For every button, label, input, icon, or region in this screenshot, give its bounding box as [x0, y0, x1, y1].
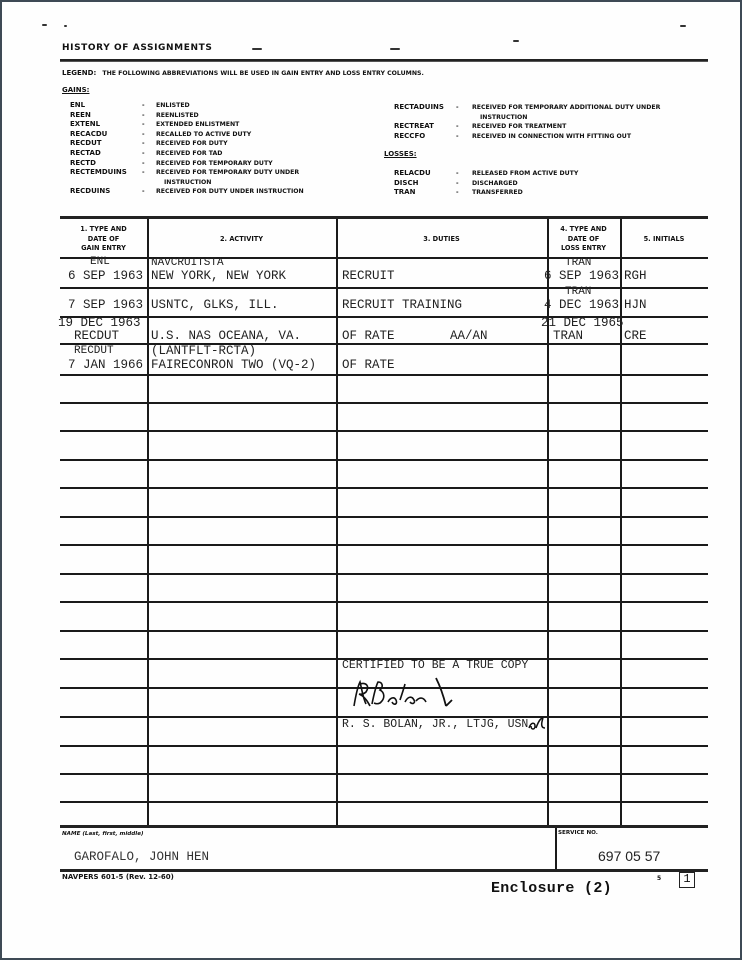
gain-type: RECDUT	[74, 330, 119, 342]
legend-item: RECTADUINS-RECEIVED FOR TEMPORARY ADDITI…	[394, 103, 694, 113]
legend-item: RECTEMDUINS-RECEIVED FOR TEMPORARY DUTY …	[70, 168, 370, 178]
row-divider	[60, 374, 708, 376]
activity: USNTC, GLKS, ILL.	[151, 299, 279, 311]
activity-command: (LANTFLT-RCTA)	[151, 345, 256, 357]
row-divider	[60, 773, 708, 775]
duties: RECRUIT TRAINING	[342, 299, 462, 311]
gain-date: 7 SEP 1963	[68, 299, 143, 311]
legend-item: TRAN-TRANSFERRED	[394, 188, 694, 198]
gain-date: 6 SEP 1963	[68, 270, 143, 282]
scan-speck	[390, 48, 400, 50]
header-activity: 2. ACTIVITY	[147, 235, 336, 245]
column-divider	[147, 219, 149, 825]
row-divider	[60, 745, 708, 747]
column-divider	[555, 828, 557, 870]
column-divider	[336, 219, 338, 825]
legend-item: RECDUT-RECEIVED FOR DUTY	[70, 139, 370, 149]
name-label: NAME (Last, first, middle)	[62, 831, 144, 837]
activity: FAIRECONRON TWO (VQ-2)	[151, 359, 316, 371]
legend-item-continuation: INSTRUCTION	[394, 113, 694, 123]
legend: LEGEND: THE FOLLOWING ABBREVIATIONS WILL…	[62, 69, 424, 77]
scan-speck	[680, 25, 686, 27]
losses-list: RELACDU-RELEASED FROM ACTIVE DUTY DISCH-…	[394, 169, 694, 198]
loss-type: TRAN	[553, 330, 583, 342]
legend-text: THE FOLLOWING ABBREVIATIONS WILL BE USED…	[102, 70, 423, 77]
header-initials: 5. INITIALS	[620, 235, 708, 245]
gain-date: 7 JAN 1966	[68, 359, 143, 371]
gains-list-left: ENL-ENLISTED REEN-REENLISTED EXTENL-EXTE…	[70, 101, 370, 197]
duties: OF RATE	[342, 330, 395, 342]
row-divider	[60, 487, 708, 489]
legend-item: REEN-REENLISTED	[70, 111, 370, 121]
loss-type: TRAN	[565, 286, 591, 298]
duties: OF RATE	[342, 359, 395, 371]
name-service-block: NAME (Last, first, middle) GAROFALO, JOH…	[60, 828, 708, 870]
initials: CRE	[624, 330, 647, 342]
gains-heading: GAINS:	[62, 86, 89, 94]
row-divider	[60, 516, 708, 518]
legend-item: RECCFO-RECEIVED IN CONNECTION WITH FITTI…	[394, 132, 694, 142]
activity: NAVCRUITSTA	[151, 257, 224, 269]
assignments-table: 1. TYPE ANDDATE OFGAIN ENTRY 2. ACTIVITY…	[60, 216, 708, 828]
legend-item: RECACDU-RECALLED TO ACTIVE DUTY	[70, 130, 370, 140]
page-number-box: 1	[679, 872, 695, 888]
row-divider	[60, 287, 708, 289]
service-number-value: 697 05 57	[598, 848, 660, 864]
duties: RECRUIT	[342, 270, 395, 282]
footer-rule	[60, 869, 708, 872]
header-gain-entry: 1. TYPE ANDDATE OFGAIN ENTRY	[60, 225, 147, 254]
legend-item: EXTENL-EXTENDED ENLISTMENT	[70, 120, 370, 130]
form-title: HISTORY OF ASSIGNMENTS	[62, 43, 212, 53]
loss-type: TRAN	[565, 257, 591, 269]
activity-location: NEW YORK, NEW YORK	[151, 270, 286, 282]
activity: U.S. NAS OCEANA, VA.	[151, 330, 301, 342]
form-number: NAVPERS 601-5 (Rev. 12-60)	[62, 873, 174, 881]
gain-date: 19 DEC 1963	[58, 317, 141, 329]
legend-item: DISCH-DISCHARGED	[394, 179, 694, 189]
initials: HJN	[624, 299, 647, 311]
legend-item: RECTREAT-RECEIVED FOR TREATMENT	[394, 122, 694, 132]
header-duties: 3. DUTIES	[336, 235, 547, 245]
loss-date: 4 DEC 1963	[544, 299, 619, 311]
row-divider	[60, 601, 708, 603]
scan-speck	[252, 48, 262, 50]
initials: RGH	[624, 270, 647, 282]
legend-item-continuation: INSTRUCTION	[70, 178, 370, 188]
row-divider	[60, 459, 708, 461]
certification-text: CERTIFIED TO BE A TRUE COPY	[342, 660, 528, 672]
scan-speck	[513, 40, 519, 42]
gain-type: RECDUT	[74, 345, 114, 357]
losses-heading: LOSSES:	[384, 150, 417, 158]
row-divider	[60, 801, 708, 803]
certifying-officer: R. S. BOLAN, JR., LTJG, USN	[342, 719, 528, 731]
scan-speck	[42, 24, 47, 26]
name-value: GAROFALO, JOHN HEN	[74, 850, 209, 864]
row-divider	[60, 430, 708, 432]
handwritten-initial-mark	[527, 716, 547, 732]
scan-speck	[64, 25, 67, 27]
page-mark: 5	[657, 875, 661, 882]
legend-item: ENL-ENLISTED	[70, 101, 370, 111]
loss-date: 21 DEC 1965	[541, 317, 624, 329]
column-divider	[620, 219, 622, 825]
header-loss-entry: 4. TYPE ANDDATE OFLOSS ENTRY	[547, 225, 620, 254]
row-divider	[60, 544, 708, 546]
legend-label: LEGEND:	[62, 69, 96, 77]
signature-mark	[350, 676, 470, 712]
gains-list-right: RECTADUINS-RECEIVED FOR TEMPORARY ADDITI…	[394, 103, 694, 141]
duties-rate: AA/AN	[450, 330, 488, 342]
legend-item: RELACDU-RELEASED FROM ACTIVE DUTY	[394, 169, 694, 179]
legend-item: RECDUINS-RECEIVED FOR DUTY UNDER INSTRUC…	[70, 187, 370, 197]
enclosure-label: Enclosure (2)	[491, 880, 612, 897]
header-rule	[60, 59, 708, 62]
row-divider	[60, 573, 708, 575]
row-divider	[60, 630, 708, 632]
service-number-label: SERVICE NO.	[558, 830, 598, 836]
row-divider	[60, 402, 708, 404]
loss-date: 6 SEP 1963	[544, 270, 619, 282]
gain-type: ENL	[90, 256, 110, 268]
legend-item: RECTD-RECEIVED FOR TEMPORARY DUTY	[70, 159, 370, 169]
legend-item: RECTAD-RECEIVED FOR TAD	[70, 149, 370, 159]
